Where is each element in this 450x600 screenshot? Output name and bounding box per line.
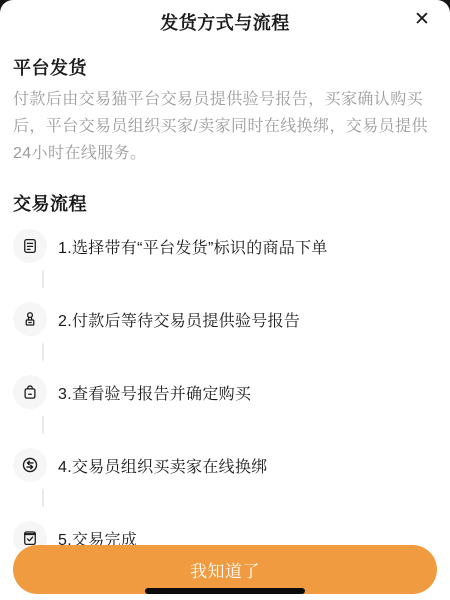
document-icon xyxy=(13,229,47,263)
confirm-button[interactable]: 我知道了 xyxy=(13,545,437,594)
sheet-content: 平台发货 付款后由交易猫平台交易员提供验号报告，买家确认购买后，平台交易员组织买… xyxy=(0,54,450,555)
step-label: 1.选择带有“平台发货”标识的商品下单 xyxy=(58,235,328,258)
delivery-process-sheet: 发货方式与流程 ✕ 平台发货 付款后由交易猫平台交易员提供验号报告，买家确认购买… xyxy=(0,0,450,600)
sheet-header: 发货方式与流程 ✕ xyxy=(0,0,450,42)
step-item-1: 1.选择带有“平台发货”标识的商品下单 xyxy=(13,229,437,263)
step-connector xyxy=(13,416,437,448)
bag-icon xyxy=(13,375,47,409)
step-connector xyxy=(13,343,437,375)
step-connector xyxy=(13,489,437,521)
platform-shipping-description: 付款后由交易猫平台交易员提供验号报告，买家确认购买后，平台交易员组织买家/卖家同… xyxy=(13,86,437,167)
sheet-title: 发货方式与流程 xyxy=(0,9,450,35)
step-item-4: 4.交易员组织买卖家在线换绑 xyxy=(13,448,437,482)
platform-shipping-heading: 平台发货 xyxy=(13,54,437,80)
step-item-3: 3.查看验号报告并确定购买 xyxy=(13,375,437,409)
close-button[interactable]: ✕ xyxy=(408,5,436,33)
stamp-icon xyxy=(13,302,47,336)
step-label: 2.付款后等待交易员提供验号报告 xyxy=(58,308,300,331)
step-label: 4.交易员组织买卖家在线换绑 xyxy=(58,454,268,477)
step-item-2: 2.付款后等待交易员提供验号报告 xyxy=(13,302,437,336)
step-connector xyxy=(13,270,437,302)
swap-icon xyxy=(13,448,47,482)
close-icon: ✕ xyxy=(414,8,430,31)
process-steps-list: 1.选择带有“平台发货”标识的商品下单 2.付款后等待交易员提供验号报告 xyxy=(13,229,437,555)
step-label: 3.查看验号报告并确定购买 xyxy=(58,381,251,404)
transaction-process-heading: 交易流程 xyxy=(13,190,437,216)
home-indicator[interactable] xyxy=(145,588,305,594)
